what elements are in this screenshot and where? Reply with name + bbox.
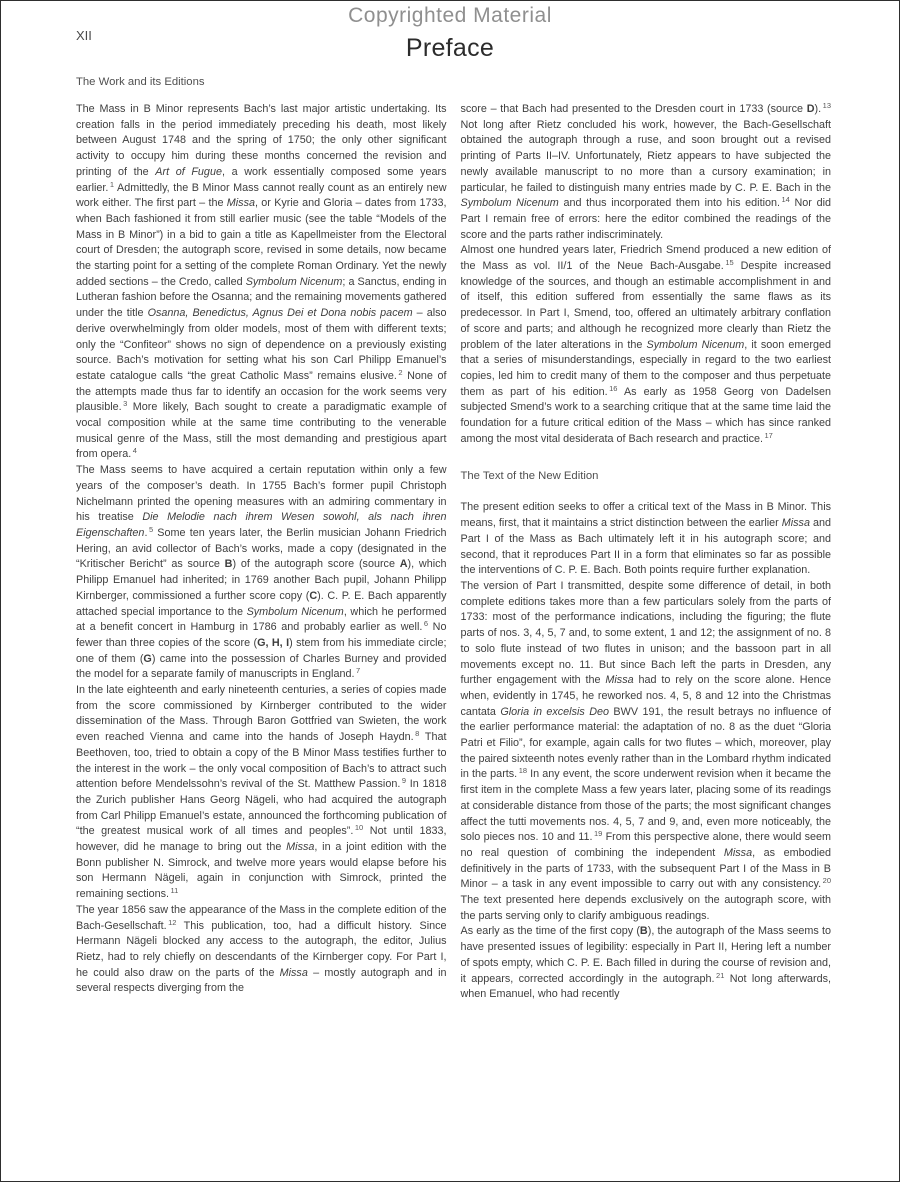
body-paragraph: score – that Bach had presented to the D… — [461, 102, 832, 243]
body-paragraph: In the late eighteenth and early ninetee… — [76, 683, 447, 903]
page-number: XII — [76, 28, 92, 43]
section-heading: The Text of the New Edition — [461, 469, 832, 484]
page-title: Preface — [1, 33, 899, 63]
body-paragraph: Almost one hundred years later, Friedric… — [461, 243, 832, 447]
body-paragraph: The Mass seems to have acquired a certai… — [76, 463, 447, 683]
copyright-notice: Copyrighted Material — [1, 1, 899, 28]
left-column: The Work and its EditionsThe Mass in B M… — [76, 75, 447, 1003]
section-heading: The Work and its Editions — [76, 75, 447, 90]
text-columns: The Work and its EditionsThe Mass in B M… — [1, 63, 899, 1003]
body-paragraph: The year 1856 saw the appearance of the … — [76, 903, 447, 997]
book-page: Copyrighted Material XII Preface The Wor… — [0, 0, 900, 1182]
body-paragraph: The version of Part I transmitted, despi… — [461, 579, 832, 924]
right-column: score – that Bach had presented to the D… — [461, 75, 832, 1003]
body-paragraph: As early as the time of the first copy (… — [461, 924, 832, 1003]
body-paragraph: The present edition seeks to offer a cri… — [461, 500, 832, 579]
body-paragraph: The Mass in B Minor represents Bach’s la… — [76, 102, 447, 463]
